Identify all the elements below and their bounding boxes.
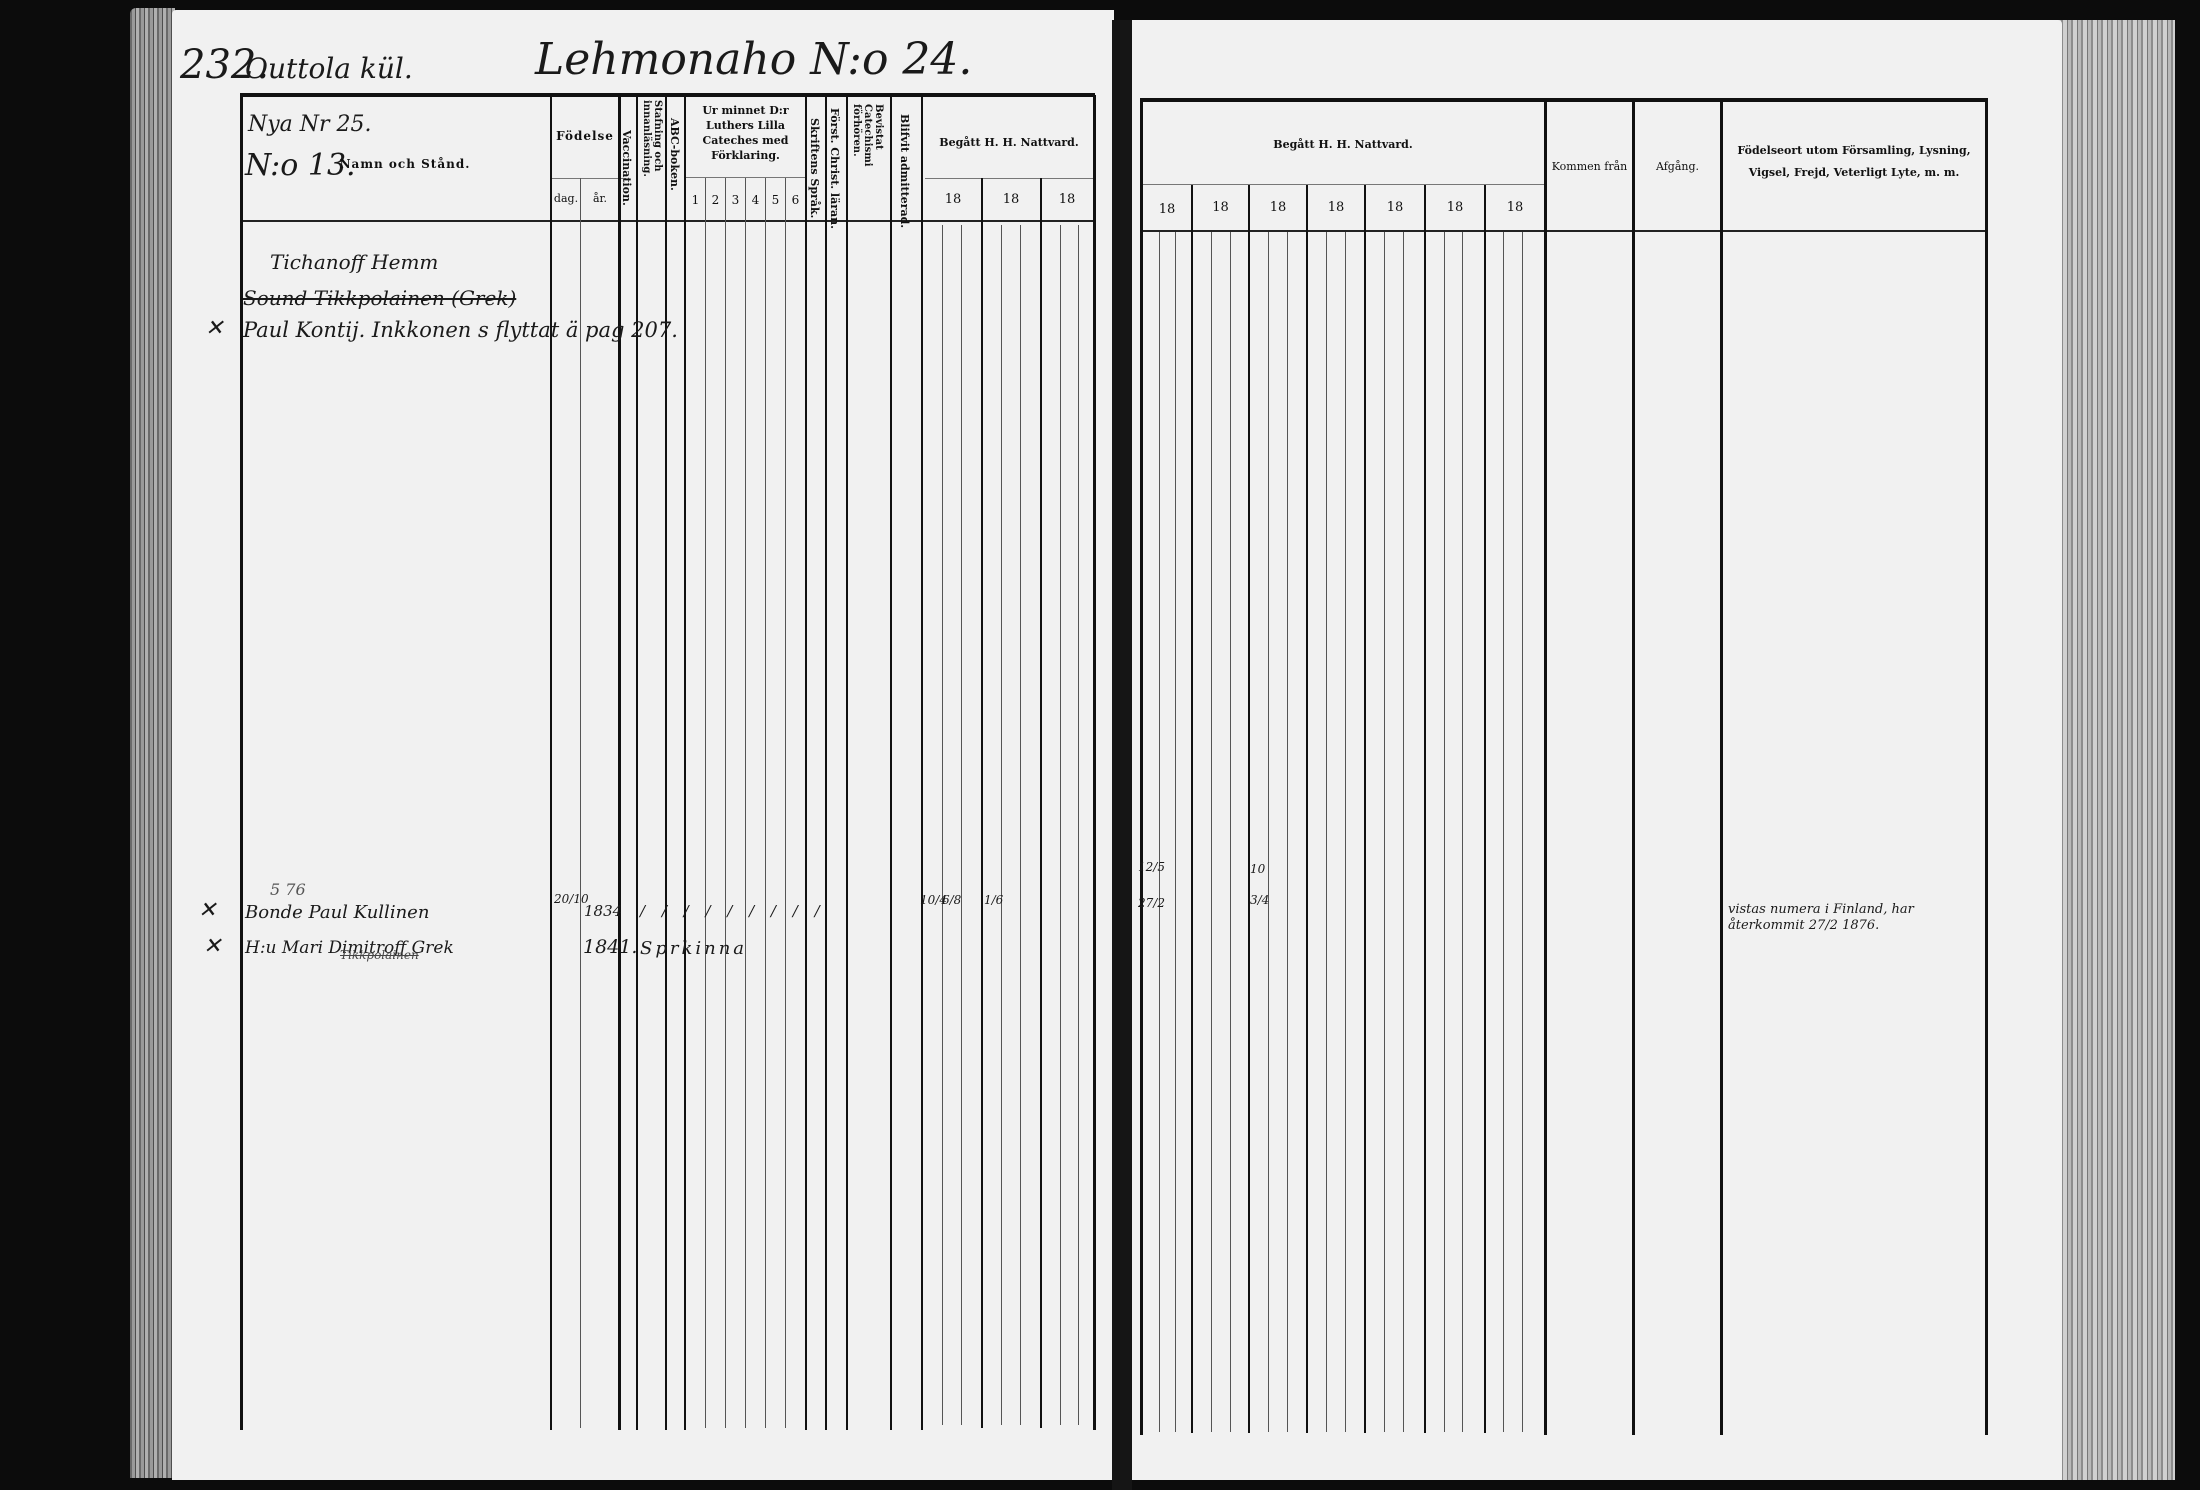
header-birth-year: år.: [582, 192, 618, 207]
farm-title: Lehmonaho N:o 24.: [535, 34, 972, 85]
header-remarks: Födelseort utom Församling, Lysning, Vig…: [1725, 140, 1983, 184]
reading-marks: / / / / / / / / /: [640, 902, 826, 920]
header-vaccination: Vaccination.: [620, 130, 633, 206]
entry-struck-line: Sound Tikkpolainen (Grek): [243, 286, 516, 310]
language-note: Sprkinna: [640, 938, 747, 959]
header-admitted: Blifvit admitterad.: [898, 114, 911, 228]
header-catechism-attended: Bevistat Catechismi förhören.: [852, 104, 884, 214]
header-communion-left: Begått H. H. Nattvard.: [925, 136, 1093, 151]
new-number-note: Nya Nr 25.: [248, 112, 372, 137]
birth-year-husband: 1834: [584, 902, 622, 920]
left-page: [172, 10, 1114, 1480]
communion-mark-b1: 10: [1250, 862, 1265, 876]
entry-struck-surname: Tikkpolainen: [340, 948, 419, 962]
header-scripture: Skriftens Språk.: [808, 118, 821, 218]
book-edge-left: [130, 8, 175, 1478]
header-abc: ABC-boken.: [668, 118, 681, 191]
entry-mark: ✕: [205, 316, 223, 341]
header-departure: Afgång.: [1635, 160, 1720, 175]
entry-note: 5 76: [270, 880, 306, 899]
header-birth: Födelse: [552, 128, 618, 144]
remark-note: vistas numera i Finland, har återkommit …: [1728, 902, 1978, 933]
book-gutter: [1112, 20, 1132, 1490]
book-edge-right: [2058, 20, 2175, 1480]
village-name: Outtola kül.: [245, 52, 413, 85]
header-came-from: Kommen från: [1547, 160, 1632, 175]
entry-surname-line: Tichanoff Hemm: [270, 250, 438, 274]
entry-name-husband: Bonde Paul Kullinen: [245, 902, 429, 923]
header-communion-right: Begått H. H. Nattvard.: [1143, 138, 1543, 153]
header-name: Namn och Stånd.: [330, 156, 480, 172]
communion-mark-a2: 27/2: [1138, 896, 1165, 910]
header-catechism: Ur minnet D:r Luthers Lilla Cateches med…: [686, 104, 805, 163]
entry-moved-line: Paul Kontij. Inkkonen s flyttat ä pag 20…: [243, 318, 678, 342]
communion-mark-a1: 12/5: [1138, 860, 1165, 874]
header-reading: Stafning och innanläsning.: [639, 100, 663, 210]
header-christian-doctrine: Först. Christ. läran.: [828, 108, 841, 229]
birth-year-wife: 1841.: [583, 936, 637, 958]
header-birth-day: dag.: [552, 192, 580, 207]
communion-mark-b2: 3/4: [1250, 893, 1269, 907]
right-page: [1130, 20, 2062, 1480]
entry-mark: ✕: [198, 898, 216, 923]
entry-mark: ✕: [203, 934, 221, 959]
